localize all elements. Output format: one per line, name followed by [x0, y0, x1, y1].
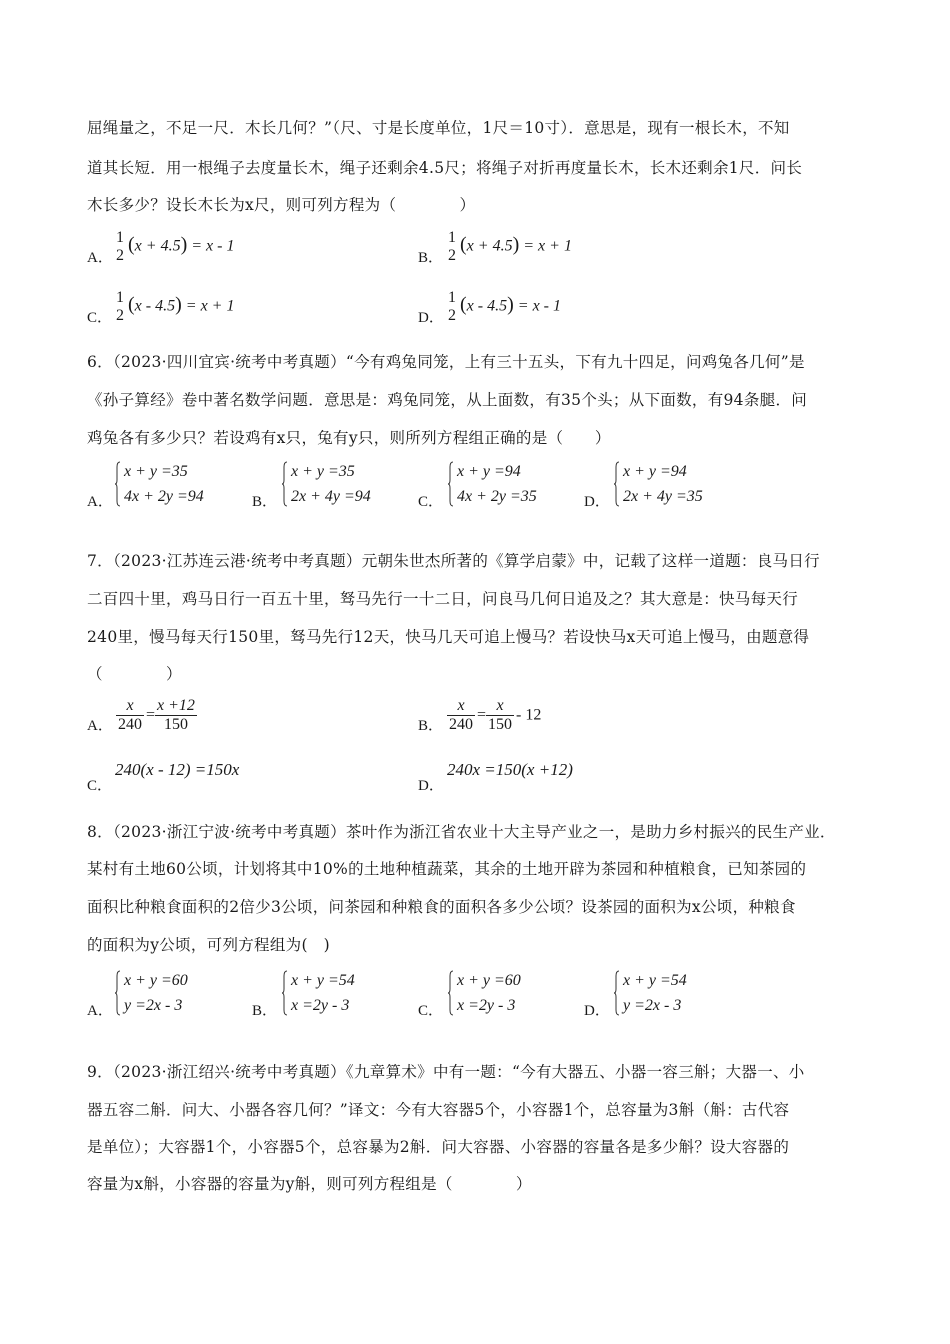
equation-row: x + y =54: [291, 968, 355, 993]
brace-icon: [282, 970, 288, 1016]
equals-sign: =: [146, 707, 155, 724]
frac-den: 2: [446, 247, 458, 265]
question-text-line: 240里，慢马每天行150里，驽马先行12天，快马几天可追上慢马？若设快马x天可…: [87, 627, 809, 647]
frac-num: 1: [114, 289, 126, 307]
option-label: C．: [418, 490, 443, 511]
brace-icon: [614, 461, 620, 507]
equation-row: 4x + 2y =35: [457, 484, 537, 509]
brace-icon: [115, 970, 121, 1016]
equation-row: x + y =54: [623, 968, 687, 993]
brace-icon: [448, 970, 454, 1016]
frac-num: 1: [446, 289, 458, 307]
inner-expr: x + 4.5: [467, 238, 513, 255]
option-label: B．: [418, 246, 443, 267]
frac-num: x: [486, 697, 514, 715]
inner-expr: x - 4.5: [467, 298, 507, 315]
question-text-line: 二百四十里，鸡马日行一百五十里，驽马先行一十二日，问良马几何日追及之？其大意是：…: [87, 589, 798, 609]
frac-num: x +12: [155, 697, 197, 715]
equation-row: x + y =60: [457, 968, 521, 993]
rhs-expr: = x - 1: [518, 298, 561, 315]
option-label: A．: [87, 246, 113, 267]
equation-row: x + y =94: [623, 459, 703, 484]
equals-sign: =: [477, 707, 486, 724]
brace-icon: [614, 970, 620, 1016]
question-text-line: 8．（2023·浙江宁波·统考中考真题）茶叶作为浙江省农业十大主导产业之一，是助…: [87, 822, 836, 842]
question-text-line: 屈绳量之，不足一尺．木长几何？”（尺、寸是长度单位，1尺＝10寸）．意思是，现有…: [87, 118, 790, 138]
frac-den: 2: [114, 307, 126, 325]
inner-expr: x + 4.5: [135, 238, 181, 255]
equation-row: x + y =60: [124, 968, 188, 993]
question-text-line: 面积比种粮食面积的2倍少3公顷，问茶园和种粮食的面积各多少公顷？设茶园的面积为x…: [87, 897, 796, 917]
question-text-line: 7．（2023·江苏连云港·统考中考真题）元朝朱世杰所著的《算学启蒙》中，记载了…: [87, 551, 820, 571]
frac-den: 240: [116, 715, 144, 734]
option-label: B．: [252, 490, 277, 511]
question-text-line: 器五容二斛．问大、小器各容几何？”译文：今有大容器5个，小容器1个，总容量为3斛…: [87, 1100, 789, 1120]
question-text-line: 木长多少？设长木长为x尺，则可列方程为（ ）: [87, 195, 475, 215]
equation-row: 2x + 4y =94: [291, 484, 371, 509]
option-label: C．: [87, 774, 112, 795]
brace-icon: [448, 461, 454, 507]
tail-expr: - 12: [516, 707, 541, 724]
question-text-line: 的面积为y公顷，可列方程组为( ): [87, 935, 330, 955]
equation-row: x =2y - 3: [291, 993, 355, 1018]
equation-row: x + y =35: [291, 459, 371, 484]
option-label: B．: [418, 714, 443, 735]
rhs-expr: = x - 1: [191, 238, 234, 255]
inner-expr: x - 4.5: [135, 298, 175, 315]
question-text-line: （ ）: [87, 664, 182, 684]
frac-den: 150: [155, 715, 197, 734]
equation-row: 2x + 4y =35: [623, 484, 703, 509]
question-text-line: 9．（2023·浙江绍兴·统考中考真题）《九章算术》中有一题：“今有大器五、小器…: [87, 1062, 805, 1082]
question-text-line: 道其长短．用一根绳子去度量长木，绳子还剩余4.5尺；将绳子对折再度量长木，长木还…: [87, 158, 802, 178]
frac-den: 2: [114, 247, 126, 265]
document-page: 屈绳量之，不足一尺．木长几何？”（尺、寸是长度单位，1尺＝10寸）．意思是，现有…: [0, 0, 950, 1344]
frac-num: x: [116, 697, 144, 715]
equation-row: x + y =94: [457, 459, 537, 484]
question-text-line: 容量为x斛，小容器的容量为y斛，则可列方程组是（ ）: [87, 1174, 532, 1194]
option-label: A．: [87, 999, 113, 1020]
question-text-line: 《孙子算经》卷中著名数学问题．意思是：鸡兔同笼，从上面数，有35个头；从下面数，…: [87, 390, 807, 410]
brace-icon: [282, 461, 288, 507]
frac-den: 2: [446, 307, 458, 325]
question-text-line: 6．（2023·四川宜宾·统考中考真题）“今有鸡兔同笼，上有三十五头，下有九十四…: [87, 352, 805, 372]
option-label: D．: [584, 490, 610, 511]
equation-row: 4x + 2y =94: [124, 484, 204, 509]
question-text-line: 某村有土地60公顷，计划将其中10%的土地种植蔬菜，其余的土地开辟为茶园和种植粮…: [87, 859, 806, 879]
equation-row: y =2x - 3: [124, 993, 188, 1018]
option-label: D．: [584, 999, 610, 1020]
equation: 240(x - 12) =150x: [115, 760, 239, 780]
rhs-expr: = x + 1: [523, 238, 572, 255]
equation-row: x =2y - 3: [457, 993, 521, 1018]
question-text-line: 是单位）；大容器1个，小容器5个，总容暴为2斛．问大容器、小容器的容量各是多少斛…: [87, 1137, 789, 1157]
brace-icon: [115, 461, 121, 507]
equation: 240x =150(x +12): [447, 760, 573, 780]
frac-num: 1: [114, 229, 126, 247]
frac-den: 240: [447, 715, 475, 734]
option-label: D．: [418, 306, 444, 327]
equation-row: x + y =35: [124, 459, 204, 484]
rhs-expr: = x + 1: [186, 298, 235, 315]
frac-num: 1: [446, 229, 458, 247]
option-label: C．: [418, 999, 443, 1020]
equation-row: y =2x - 3: [623, 993, 687, 1018]
option-label: A．: [87, 490, 113, 511]
option-label: A．: [87, 714, 113, 735]
frac-num: x: [447, 697, 475, 715]
option-label: B．: [252, 999, 277, 1020]
option-label: D．: [418, 774, 444, 795]
frac-den: 150: [486, 715, 514, 734]
question-text-line: 鸡兔各有多少只？若设鸡有x只，兔有y只，则所列方程组正确的是（ ）: [87, 428, 611, 448]
option-label: C．: [87, 306, 112, 327]
